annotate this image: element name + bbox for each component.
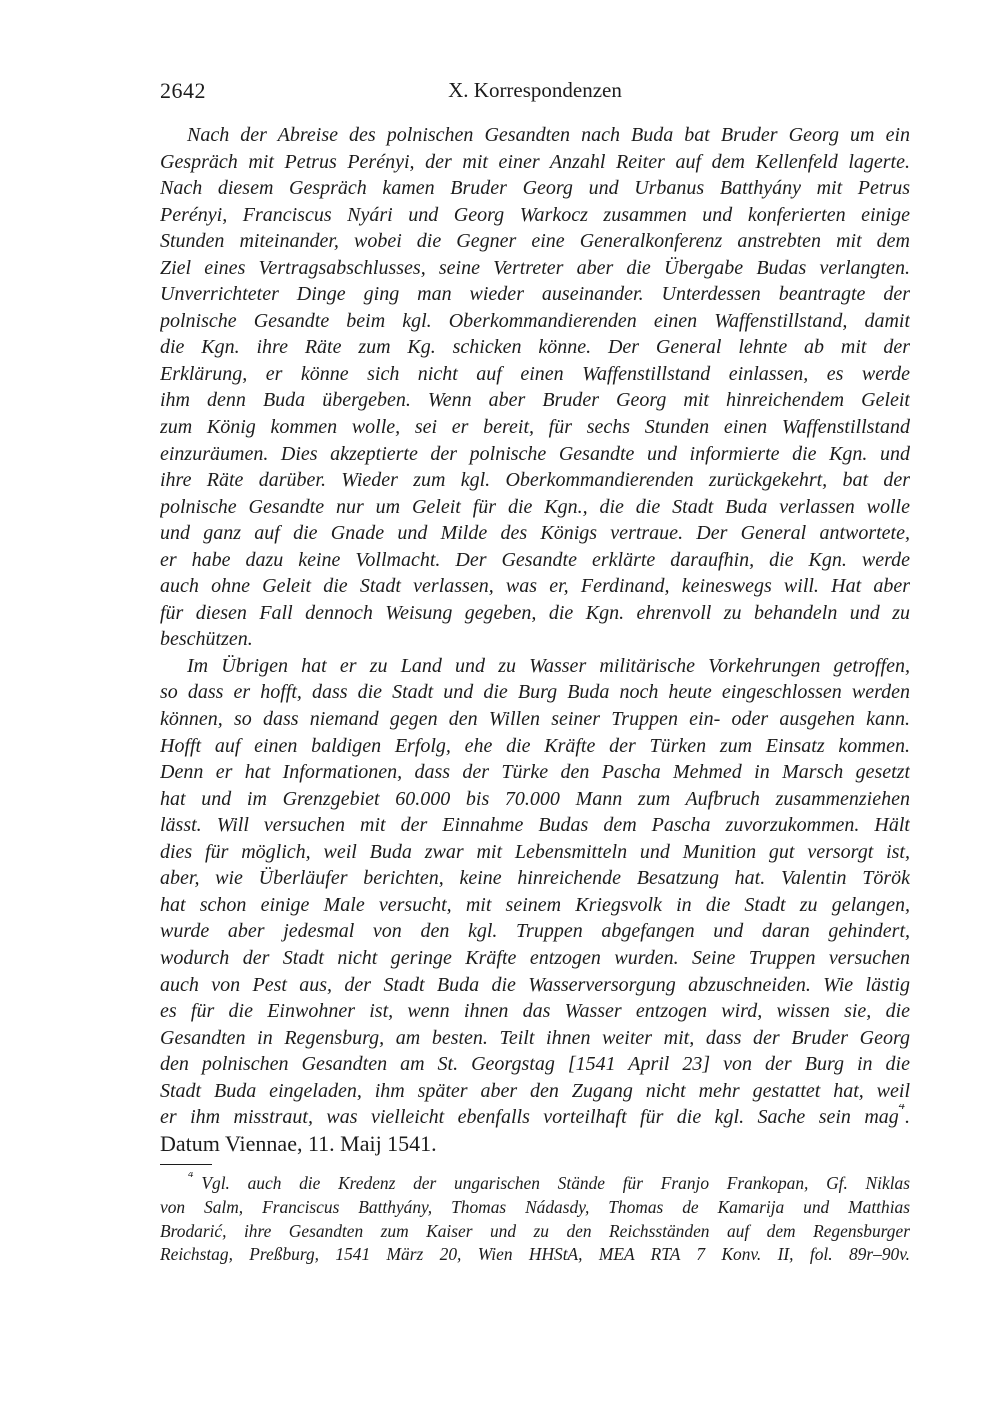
paragraph-1-line: Gespräch mit Petrus Perényi, der mit ein… (160, 149, 910, 176)
paragraph-1-line: polnische Gesandte beim kgl. Oberkommand… (160, 308, 910, 335)
paragraph-2-line: wurde aber jedesmal von den kgl. Truppen… (160, 918, 910, 945)
footnote-separator-rule (160, 1164, 212, 1165)
paragraph-2-line: Denn er hat Informationen, dass der Türk… (160, 759, 910, 786)
paragraph-1-line: ihre Räte darüber. Wieder zum kgl. Oberk… (160, 467, 910, 494)
running-header: 2642 X. Korrespondenzen (160, 78, 910, 104)
paragraph-1-line: einzuräumen. Dies akzeptierte der polnis… (160, 441, 910, 468)
dateline-line: Datum Viennae, 11. Maij 1541. (160, 1131, 910, 1158)
regest-body-text: Nach der Abreise des polnischen Gesandte… (160, 122, 910, 1157)
paragraph-1-line: und ganz auf die Gnade und Milde des Kön… (160, 520, 910, 547)
paragraph-2-line: hat schon einige Male versucht, mit sein… (160, 892, 910, 919)
text-block: 2642 X. Korrespondenzen Nach der Abreise… (160, 78, 910, 1267)
paragraph-1-line: Perényi, Franciscus Nyári und Georg Wark… (160, 202, 910, 229)
paragraph-1-line: ihm denn Buda übergeben. Wenn aber Brude… (160, 387, 910, 414)
paragraph-1-line: Erklärung, er könne sich nicht auf einen… (160, 361, 910, 388)
book-page: 2642 X. Korrespondenzen Nach der Abreise… (0, 0, 1004, 1418)
footnote-line: 4Vgl. auch die Kredenz der ungarischen S… (160, 1172, 910, 1196)
paragraph-2-line: wodurch der Stadt nicht geringe Kräfte e… (160, 945, 910, 972)
paragraph-2-line: Stadt Buda eingeladen, ihm später aber d… (160, 1078, 910, 1105)
footnote-block: 4Vgl. auch die Kredenz der ungarischen S… (160, 1164, 910, 1266)
paragraph-1-line: polnische Gesandte nur um Geleit für die… (160, 494, 910, 521)
paragraph-1-line: beschützen. (160, 626, 910, 653)
page-number: 2642 (160, 78, 206, 104)
paragraph-2-line: lässt. Will versuchen mit der Einnahme B… (160, 812, 910, 839)
paragraph-2-line: Hofft auf einen baldigen Erfolg, ehe die… (160, 733, 910, 760)
paragraph-2-line: er ihm misstraut, was vielleicht ebenfal… (160, 1104, 910, 1131)
running-head-title: X. Korrespondenzen (448, 78, 622, 102)
paragraph-1-line: die Kgn. ihre Räte zum Kg. schicken könn… (160, 334, 910, 361)
footnote-line: von Salm, Franciscus Batthyány, Thomas N… (160, 1196, 910, 1220)
paragraph-1-line: für diesen Fall dennoch Weisung gegeben,… (160, 600, 910, 627)
paragraph-2-line: Im Übrigen hat er zu Land und zu Wasser … (160, 653, 910, 680)
paragraph-2-line: Gesandten in Regensburg, am besten. Teil… (160, 1025, 910, 1052)
footnote-line: Reichstag, Preßburg, 1541 März 20, Wien … (160, 1243, 910, 1267)
paragraph-1-line: Unverrichteter Dinge ging man wieder aus… (160, 281, 910, 308)
paragraph-1-line: Ziel eines Vertragsabschlusses, seine Ve… (160, 255, 910, 282)
paragraph-2-line: es für die Einwohner ist, wenn ihnen das… (160, 998, 910, 1025)
paragraph-1-line: Stunden miteinander, wobei die Gegner ei… (160, 228, 910, 255)
paragraph-1-line: Nach der Abreise des polnischen Gesandte… (160, 122, 910, 149)
footnote-line: Brodarić, ihre Gesandten zum Kaiser und … (160, 1220, 910, 1244)
paragraph-2-line: den polnischen Gesandten am St. Georgsta… (160, 1051, 910, 1078)
paragraph-1-line: zum König kommen wolle, sei er bereit, f… (160, 414, 910, 441)
paragraph-1-line: auch ohne Geleit die Stadt verlassen, wa… (160, 573, 910, 600)
paragraph-2-line: so dass er hofft, dass die Stadt und die… (160, 679, 910, 706)
footnote-marker: 4 (188, 1172, 193, 1180)
footnote-text: 4Vgl. auch die Kredenz der ungarischen S… (160, 1172, 910, 1266)
paragraph-1-line: er habe dazu keine Vollmacht. Der Gesand… (160, 547, 910, 574)
paragraph-2-line: können, so dass niemand gegen den Willen… (160, 706, 910, 733)
paragraph-2-line: auch von Pest aus, der Stadt Buda die Wa… (160, 972, 910, 999)
footnote-reference: 4 (899, 1104, 905, 1112)
paragraph-2-line: aber, wie Überläufer berichten, keine hi… (160, 865, 910, 892)
paragraph-2-line: dies für möglich, weil Buda zwar mit Leb… (160, 839, 910, 866)
paragraph-1-line: Nach diesem Gespräch kamen Bruder Georg … (160, 175, 910, 202)
paragraph-2-line: hat und im Grenzgebiet 60.000 bis 70.000… (160, 786, 910, 813)
